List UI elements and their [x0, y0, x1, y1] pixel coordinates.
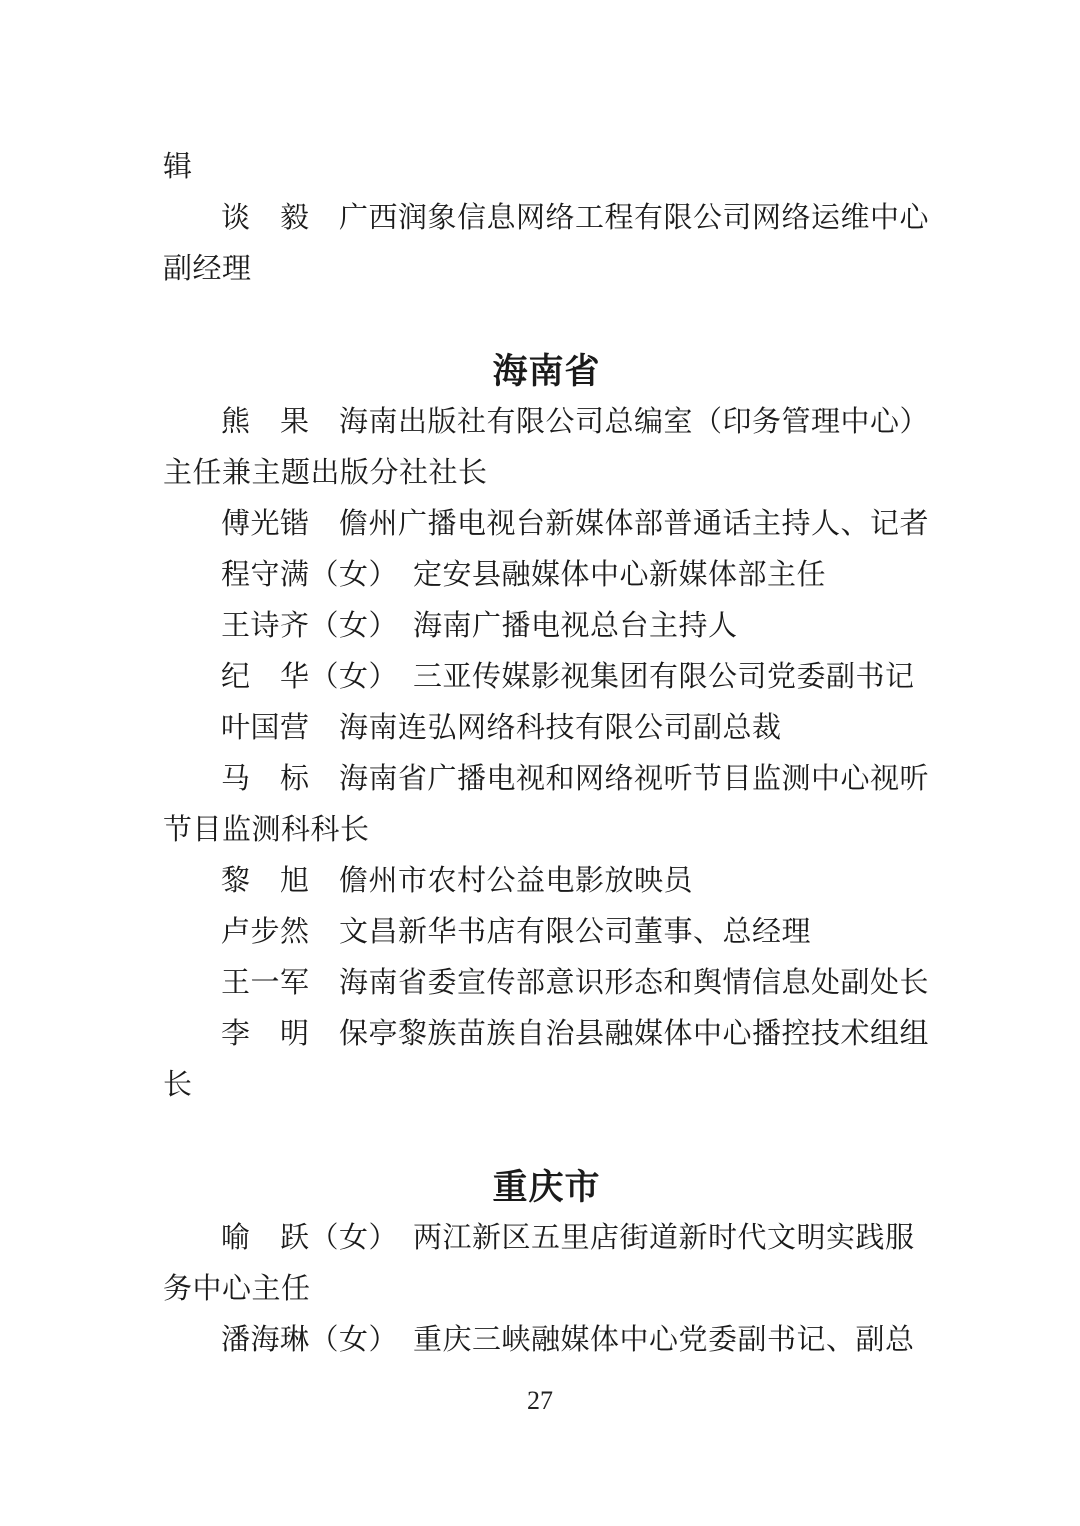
entry-line: 傅光锴 儋州广播电视台新媒体部普通话主持人、记者 — [163, 499, 930, 550]
entry-line: 李 明 保亭黎族苗族自治县融媒体中心播控技术组组 — [163, 1009, 930, 1060]
entry-line: 程守满（女） 定安县融媒体中心新媒体部主任 — [163, 550, 930, 601]
continuation-line: 务中心主任 — [163, 1264, 930, 1315]
blank-line — [163, 1111, 930, 1162]
continuation-line: 辑 — [163, 142, 930, 193]
entry-line: 王诗齐（女） 海南广播电视总台主持人 — [163, 601, 930, 652]
section-header-hainan: 海南省 — [163, 346, 930, 397]
entry-line: 卢步然 文昌新华书店有限公司董事、总经理 — [163, 907, 930, 958]
continuation-line: 副经理 — [163, 244, 930, 295]
document-text-block: 辑 谈 毅 广西润象信息网络工程有限公司网络运维中心 副经理 海南省 熊 果 海… — [163, 142, 930, 1366]
entry-line: 喻 跃（女） 两江新区五里店街道新时代文明实践服 — [163, 1213, 930, 1264]
entry-line: 熊 果 海南出版社有限公司总编室（印务管理中心） — [163, 397, 930, 448]
blank-line — [163, 295, 930, 346]
entry-line: 马 标 海南省广播电视和网络视听节目监测中心视听 — [163, 754, 930, 805]
continuation-line: 节目监测科科长 — [163, 805, 930, 856]
entry-line: 叶国营 海南连弘网络科技有限公司副总裁 — [163, 703, 930, 754]
entry-line: 潘海琳（女） 重庆三峡融媒体中心党委副书记、副总 — [163, 1315, 930, 1366]
entry-line: 谈 毅 广西润象信息网络工程有限公司网络运维中心 — [163, 193, 930, 244]
continuation-line: 主任兼主题出版分社社长 — [163, 448, 930, 499]
entry-line: 王一军 海南省委宣传部意识形态和舆情信息处副处长 — [163, 958, 930, 1009]
continuation-line: 长 — [163, 1060, 930, 1111]
page-number: 27 — [0, 1386, 1080, 1416]
section-header-chongqing: 重庆市 — [163, 1162, 930, 1213]
entry-line: 黎 旭 儋州市农村公益电影放映员 — [163, 856, 930, 907]
entry-line: 纪 华（女） 三亚传媒影视集团有限公司党委副书记 — [163, 652, 930, 703]
